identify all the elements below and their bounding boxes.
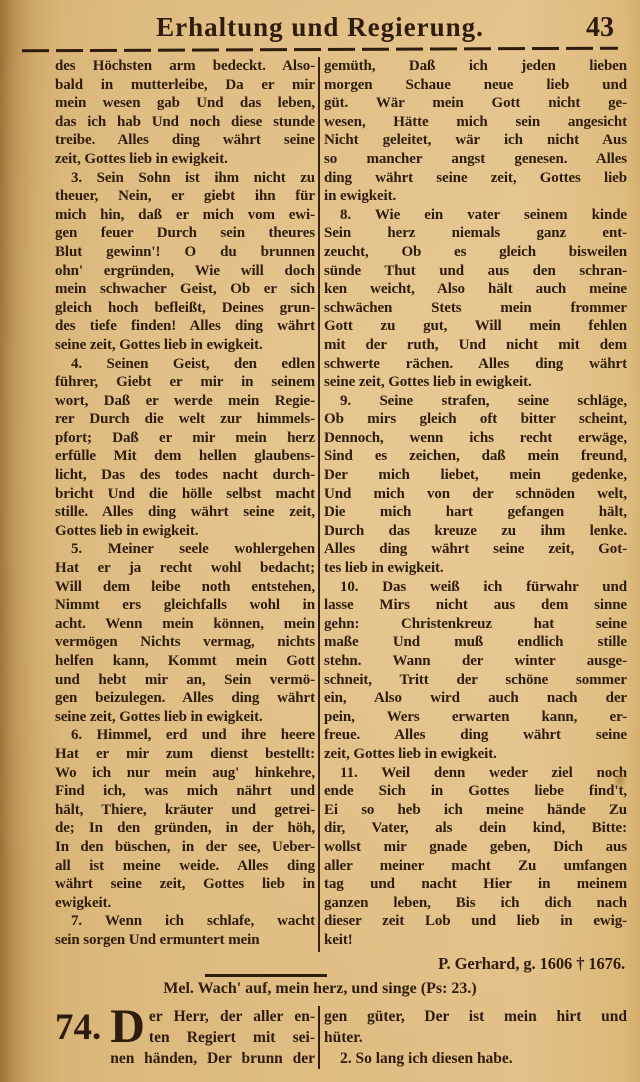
text-line: seine zeit, Gottes lieb in ewigkeit. [55,708,315,727]
author-attribution: P. Gerhard, g. 1606 † 1676. [324,954,627,974]
text-line: ein, Also wird auch nach der [324,689,627,708]
hymn-74-right-column: gen güter, Der ist mein hirt undhüter.2.… [324,1006,627,1069]
text-line: Durch das kreuze zu ihm lenke. [324,522,627,541]
right-column: gemüth, Daß ich jeden liebenmorgen Schau… [324,57,627,974]
text-line: 10. Das weiß ich fürwahr und [324,578,627,597]
text-line: ewigkeit. [55,894,315,913]
text-line: lasse Mirs nicht aus dem sinne [324,596,627,615]
paper-stain [610,766,630,794]
text-line: wort, Daß er werde mein Regie- [55,392,315,411]
hymn-74-right-lines: gen güter, Der ist mein hirt undhüter.2.… [324,1006,627,1069]
hymn-74-block: 74. D er Herr, der aller en-ten Regiert … [55,1006,627,1069]
text-line: zeit, Gottes lieb in ewigkeit. [324,745,627,764]
text-line: mein schwacher Geist, Ob er sich [55,280,315,299]
text-line: Ei so heb ich meine hände Zu [324,801,627,820]
text-line: hüter. [324,1027,627,1048]
text-line: bald in mutterleibe, Da er mir [55,76,315,95]
text-line: ohn' ergründen, Wie will doch [55,262,315,281]
text-line: führer, Giebt er mir in seinem [55,373,315,392]
text-line: morgen Schaue neue lieb und [324,76,627,95]
text-line: 5. Meiner seele wohlergehen [55,540,315,559]
text-line: ganzen leben, Bis ich dich nach [324,894,627,913]
hymn-number: 74. [55,1006,101,1050]
text-line: Wo ich nur mein aug' hinkehre, [55,764,315,783]
text-line: tes lieb in ewigkeit. [324,559,627,578]
text-line: wesen, Hätte mich sein angesicht [324,113,627,132]
text-line: in ewigkeit. [324,187,627,206]
section-divider-rule [205,974,327,977]
text-line: licht, Das des todes nacht durch- [55,466,315,485]
text-line: nen händen, Der brunn der ew- [110,1048,315,1069]
text-line: acht. Wenn mein können, mein [55,615,315,634]
text-line: gen beizulegen. Alles ding währt [55,689,315,708]
text-line: all ist meine weide. Alles ding [55,857,315,876]
text-line: 6. Himmel, erd und ihre heere [55,726,315,745]
text-line: stehn. Wann der winter ausge- [324,652,627,671]
text-line: gehn: Christenkreuz hat seine [324,615,627,634]
text-line: güt. Wär mein Gott nicht ge- [324,94,627,113]
text-line: Die mich hart gefangen hält, [324,503,627,522]
text-line: ken weicht, Also hält auch meine [324,280,627,299]
text-line: seine zeit, Gottes lieb in ewigkeit. [324,373,627,392]
text-line: Der mich liebet, mein gedenke, [324,466,627,485]
left-column-lines: des Höchsten arm bedeckt. Also-bald in m… [55,57,315,950]
page-title: Erhaltung und Regierung. [0,12,640,43]
text-line: schwerte rächen. Alles ding währt [324,355,627,374]
text-line: dieser zeit Lob und lieb in ewig- [324,912,627,931]
text-line: freue. Alles ding währt seine [324,726,627,745]
text-line: Alles ding währt seine zeit, Got- [324,540,627,559]
text-line: de; In den gründen, in der höh, [55,819,315,838]
text-line: des Höchsten arm bedeckt. Also- [55,57,315,76]
text-line: Will dem leibe noth entstehen, [55,578,315,597]
text-line: Find ich, was mich nährt und [55,782,315,801]
text-line: Nicht geleitet, wär ich nicht Aus [324,131,627,150]
text-line: bricht Und die hölle selbst macht [55,485,315,504]
text-line: wollst mir gnade geben, Dich aus [324,838,627,857]
text-line: ding währt seine zeit, Gottes lieb [324,169,627,188]
text-line: gleich hoch befleißt, Deines grun- [55,299,315,318]
text-line: mein wesen gab Und das leben, [55,94,315,113]
text-line: theuer, Nein, er giebt ihn für [55,187,315,206]
melody-line: Mel. Wach' auf, mein herz, und singe (Ps… [0,980,640,998]
text-line: seine zeit, Gottes lieb in ewigkeit. [55,336,315,355]
book-page: Erhaltung und Regierung. 43 des Höchsten… [0,0,640,1082]
text-line: Blut gewinn'! O du brunnen [55,243,315,262]
text-line: vermögen Nichts vermag, nichts [55,633,315,652]
page-number: 43 [586,12,614,44]
text-line: Hat er mir zum dienst bestellt: [55,745,315,764]
column-divider [318,57,320,952]
drop-cap-initial: D [110,1006,145,1048]
text-line: Sein herz niemals ganz ent- [324,224,627,243]
text-line: aller meiner macht Zu umfangen [324,857,627,876]
text-line: keit! [324,931,627,950]
text-line: Und mich von der schnöden welt, [324,485,627,504]
text-line: zeit, Gottes lieb in ewigkeit. [55,150,315,169]
text-line: ten Regiert mit sei- [149,1027,315,1048]
text-line: das ich hab Und noch diese stunde [55,113,315,132]
header-rule [22,47,618,53]
hymn-74-left-column: 74. D er Herr, der aller en-ten Regiert … [55,1006,315,1069]
text-line: helfen kann, Kommt mein Gott [55,652,315,671]
text-line: währt seine zeit, Gottes lieb in [55,875,315,894]
text-line: treibe. Alles ding währt seine [55,131,315,150]
text-line: sünde Thut und aus den schran- [324,262,627,281]
text-line: 2. So lang ich diesen habe. [324,1048,627,1069]
text-line: maße Und muß endlich stille [324,633,627,652]
text-line: schwächen Stets mein frommer [324,299,627,318]
text-line: hält, Thiere, kräuter und getrei- [55,801,315,820]
text-line: 11. Weil denn weder ziel noch [324,764,627,783]
text-line: Gottes lieb in ewigkeit. [55,522,315,541]
right-column-lines: gemüth, Daß ich jeden liebenmorgen Schau… [324,57,627,950]
text-line: und hebt mir an, Sein vermö- [55,671,315,690]
text-line: Ob mirs gleich oft bitter scheint, [324,410,627,429]
text-line: schneit, Tritt der schöne sommer [324,671,627,690]
text-line: gen feuer Durch sein theures [55,224,315,243]
text-line: 8. Wie ein vater seinem kinde [324,206,627,225]
text-line: 3. Sein Sohn ist ihm nicht zu [55,169,315,188]
text-line: Nimmt ers gleichfalls wohl in [55,596,315,615]
verse-columns: des Höchsten arm bedeckt. Also-bald in m… [55,57,627,974]
text-line: Sind es zeichen, daß mein freund, [324,447,627,466]
text-line: des tiefe finden! Alles ding währt [55,317,315,336]
text-line: Dennoch, wenn ichs recht erwäge, [324,429,627,448]
text-line: 4. Seinen Geist, den edlen [55,355,315,374]
text-line: zeucht, Ob es gleich bisweilen [324,243,627,262]
text-line: 9. Seine strafen, seine schläge, [324,392,627,411]
text-line: pfort; Daß er mir mein herz [55,429,315,448]
text-line: gemüth, Daß ich jeden lieben [324,57,627,76]
text-line: pein, Wers erwarten kann, er- [324,708,627,727]
text-line: In den büschen, in der see, Ueber- [55,838,315,857]
left-column: des Höchsten arm bedeckt. Also-bald in m… [55,57,315,974]
text-line: tag und nacht Hier in meinem [324,875,627,894]
text-line: mich hin, daß er mich vom ewi- [55,206,315,225]
text-line: erfülle Mit dem hellen glaubens- [55,447,315,466]
text-line: stille. Alles ding währt seine zeit, [55,503,315,522]
hymn-column-divider [318,1006,320,1069]
text-line: so mancher angst genesen. Alles [324,150,627,169]
text-line: Gott zu gut, Will mein fehlen [324,317,627,336]
text-line: rer Durch die welt zur himmels- [55,410,315,429]
text-line: Hat er ja recht wohl bedacht; [55,559,315,578]
text-line: er Herr, der aller en- [149,1006,315,1027]
text-line: dir, Vater, als dein kind, Bitte: [324,819,627,838]
text-line: gen güter, Der ist mein hirt und [324,1006,627,1027]
text-line: ende Sich in Gottes liebe find't, [324,782,627,801]
text-line: 7. Wenn ich schlafe, wacht [55,912,315,931]
text-line: mit der ruth, Und nicht mit dem [324,336,627,355]
text-line: sein sorgen Und ermuntert mein [55,931,315,950]
